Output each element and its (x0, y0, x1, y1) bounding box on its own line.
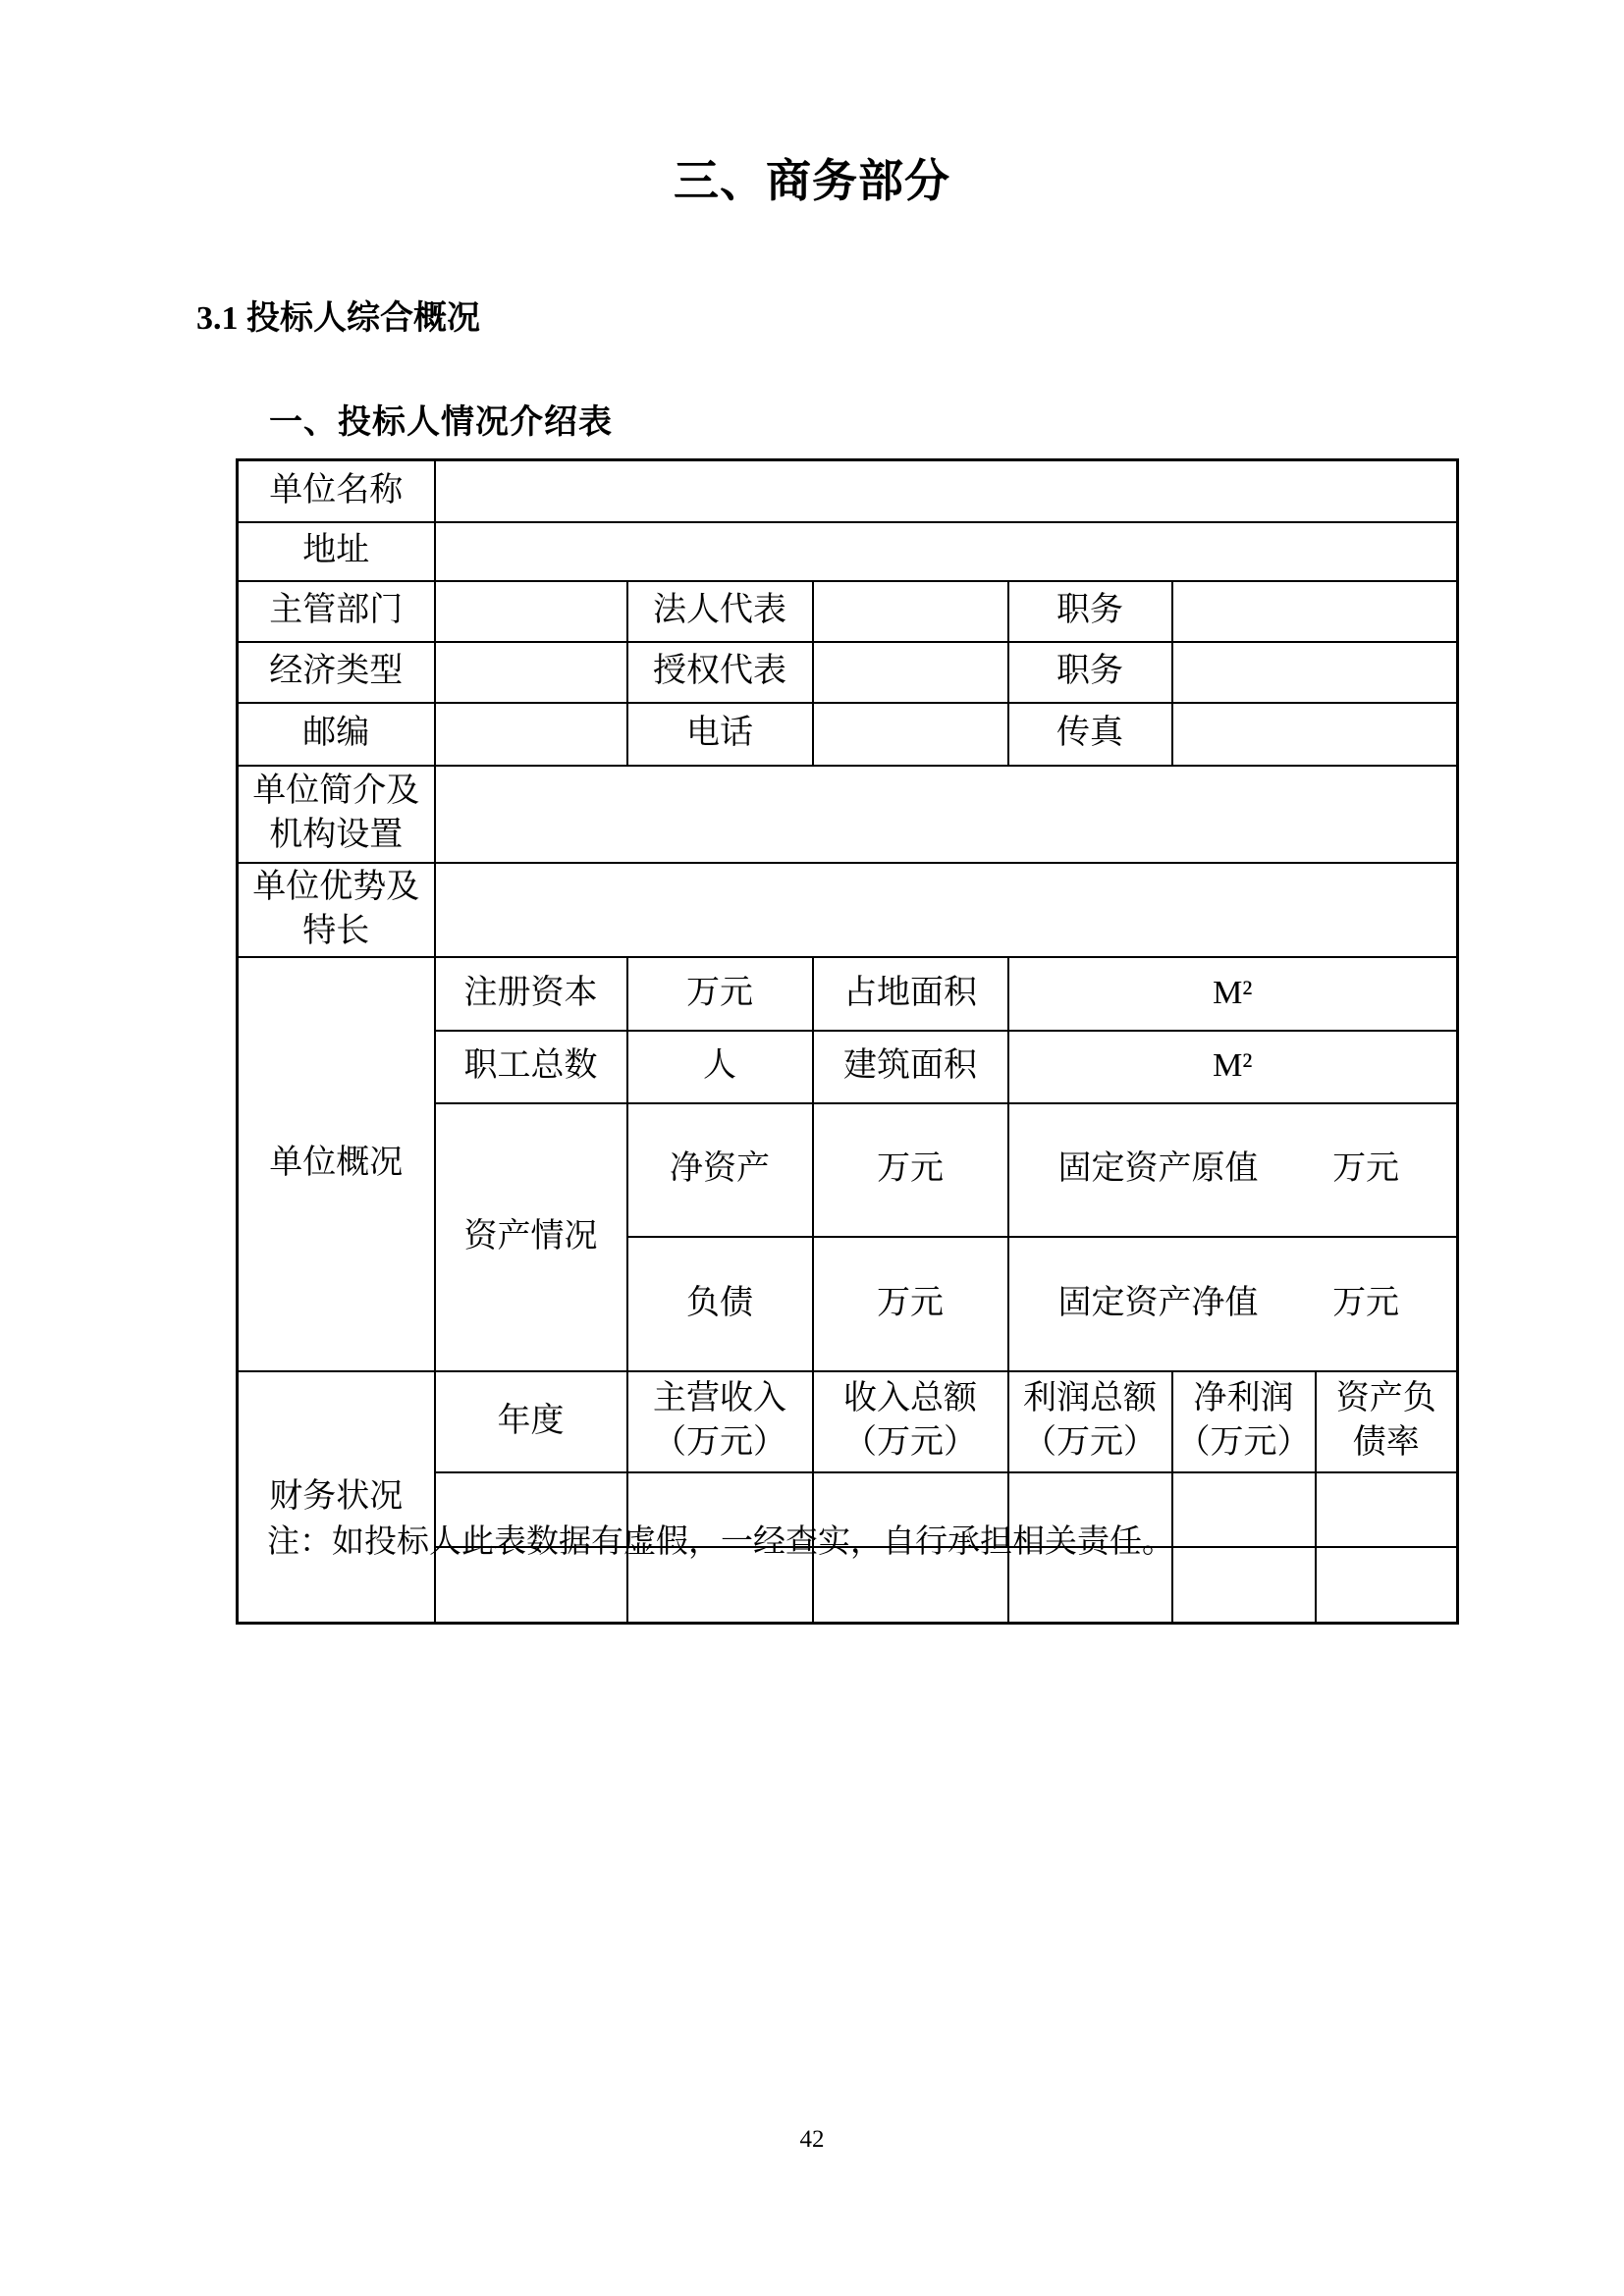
document-page: 三、商务部分 3.1 投标人综合概况 一、投标人情况介绍表 单位名称 地址 主管… (0, 0, 1624, 2296)
fax-label: 传真 (1008, 703, 1172, 766)
phone-label: 电话 (627, 703, 813, 766)
net-assets-unit: 万元 (813, 1103, 1008, 1238)
auth-rep-title-value-cell (1172, 642, 1458, 703)
finance-header-row: 财务状况 年度 主营收入 （万元） 收入总额 （万元） 利润总额 （万元） 净利… (238, 1371, 1458, 1472)
profile-label: 单位简介及 机构设置 (238, 766, 435, 863)
economic-type-label: 经济类型 (238, 642, 435, 703)
dept-label: 主管部门 (238, 581, 435, 642)
section-heading: 3.1 投标人综合概况 (196, 291, 480, 339)
dept-value-cell (435, 581, 627, 642)
fixed-assets-original-label: 固定资产原值 (1058, 1148, 1259, 1192)
assets-label: 资产情况 (435, 1103, 627, 1371)
postcode-label: 邮编 (238, 703, 435, 766)
finance-col-total-income: 收入总额 （万元） (813, 1371, 1008, 1472)
net-assets-label: 净资产 (627, 1103, 813, 1238)
finance-label: 财务状况 (238, 1371, 435, 1624)
staff-total-unit: 人 (627, 1031, 813, 1103)
overview-label: 单位概况 (238, 957, 435, 1371)
fixed-assets-net-cell: 固定资产净值 万元 (1008, 1237, 1458, 1371)
table-row: 邮编 电话 传真 (238, 703, 1458, 766)
fixed-assets-original-unit: 万元 (1332, 1148, 1399, 1192)
liabilities-label: 负债 (627, 1237, 813, 1371)
legal-rep-value-cell (813, 581, 1008, 642)
staff-total-label: 职工总数 (435, 1031, 627, 1103)
finance-empty-cell (1316, 1472, 1458, 1547)
finance-empty-cell (1172, 1547, 1316, 1624)
land-area-unit-cell: M² (1008, 957, 1458, 1031)
table-row: 单位优势及 特长 (238, 863, 1458, 957)
economic-type-value-cell (435, 642, 627, 703)
finance-empty-cell (1316, 1547, 1458, 1624)
table-title: 一、投标人情况介绍表 (269, 395, 613, 443)
auth-rep-value-cell (813, 642, 1008, 703)
table-row: 单位简介及 机构设置 (238, 766, 1458, 863)
finance-col-debt-ratio: 资产负 债率 (1316, 1371, 1458, 1472)
address-value-cell (435, 522, 1458, 581)
table-row: 地址 (238, 522, 1458, 581)
advantages-label: 单位优势及 特长 (238, 863, 435, 957)
fixed-assets-original-cell: 固定资产原值 万元 (1008, 1103, 1458, 1238)
postcode-value-cell (435, 703, 627, 766)
advantages-value-cell (435, 863, 1458, 957)
registered-capital-label: 注册资本 (435, 957, 627, 1031)
bidder-info-table: 单位名称 地址 主管部门 法人代表 职务 经济类型 授权代表 职务 (236, 458, 1459, 1625)
table-row: 单位名称 (238, 460, 1458, 522)
liabilities-unit: 万元 (813, 1237, 1008, 1371)
finance-empty-cell (1172, 1472, 1316, 1547)
land-area-label: 占地面积 (813, 957, 1008, 1031)
fixed-assets-net-label: 固定资产净值 (1058, 1282, 1259, 1326)
table-row: 单位概况 注册资本 万元 占地面积 M² (238, 957, 1458, 1031)
fixed-assets-net-unit: 万元 (1332, 1282, 1399, 1326)
fax-value-cell (1172, 703, 1458, 766)
legal-rep-title-value-cell (1172, 581, 1458, 642)
address-label: 地址 (238, 522, 435, 581)
table-note: 注：如投标人此表数据有虚假，一经查实，自行承担相关责任。 (267, 1516, 1174, 1562)
page-title: 三、商务部分 (0, 145, 1624, 210)
auth-rep-label: 授权代表 (627, 642, 813, 703)
building-area-label: 建筑面积 (813, 1031, 1008, 1103)
auth-rep-title-label: 职务 (1008, 642, 1172, 703)
building-area-unit-cell: M² (1008, 1031, 1458, 1103)
legal-rep-label: 法人代表 (627, 581, 813, 642)
phone-value-cell (813, 703, 1008, 766)
page-number: 42 (0, 2126, 1624, 2154)
table-row: 主管部门 法人代表 职务 (238, 581, 1458, 642)
finance-col-main-income: 主营收入 （万元） (627, 1371, 813, 1472)
legal-rep-title-label: 职务 (1008, 581, 1172, 642)
registered-capital-unit: 万元 (627, 957, 813, 1031)
table-row: 经济类型 授权代表 职务 (238, 642, 1458, 703)
company-name-label: 单位名称 (238, 460, 435, 522)
finance-col-total-profit: 利润总额 （万元） (1008, 1371, 1172, 1472)
company-name-value-cell (435, 460, 1458, 522)
finance-col-year: 年度 (435, 1371, 627, 1472)
profile-value-cell (435, 766, 1458, 863)
finance-col-net-profit: 净利润 （万元） (1172, 1371, 1316, 1472)
